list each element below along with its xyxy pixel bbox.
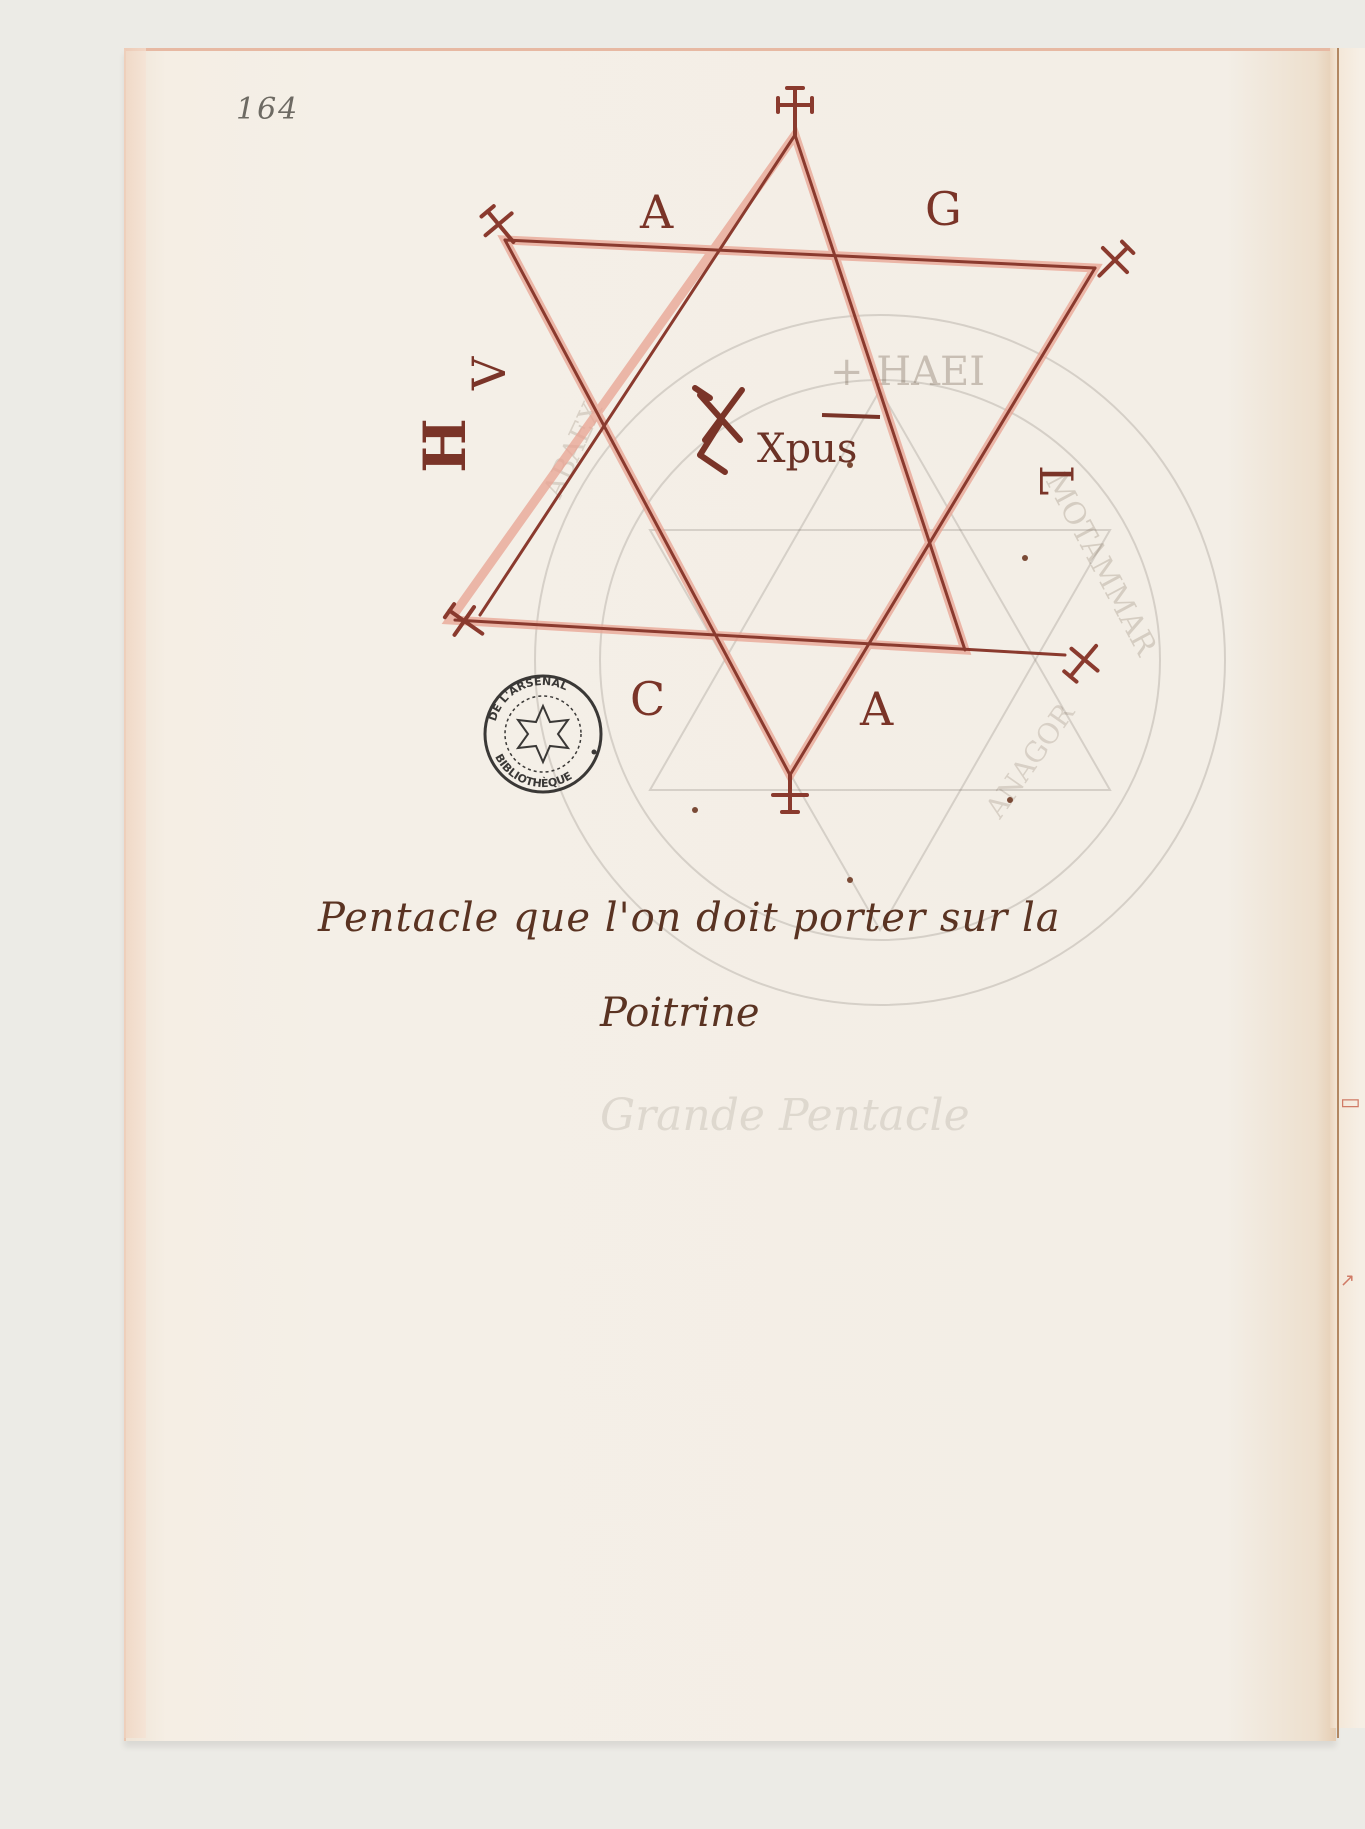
star-line — [455, 620, 1065, 655]
letter-left-upper: V — [462, 356, 516, 391]
letter-top-right: G — [925, 182, 962, 236]
cross-icon-top — [778, 88, 812, 135]
star-line — [790, 268, 1095, 775]
letter-left-lower: H — [411, 418, 479, 473]
cross-icon-bottom — [773, 775, 807, 812]
library-stamp: DE L'ARSENAL BIBLIOTHÈQUE — [472, 672, 614, 796]
star-line — [505, 240, 1095, 268]
star-icon — [518, 706, 568, 762]
letter-bottom-right: A — [859, 682, 894, 736]
cross-icon-top-right — [1087, 235, 1139, 287]
letter-bottom-left: C — [630, 672, 665, 726]
chi-rho-icon — [695, 388, 742, 472]
letter-top-left: A — [639, 185, 674, 239]
caption-line-2: Poitrine — [600, 990, 760, 1036]
cross-icon-right — [1057, 635, 1109, 687]
svg-text:BIBLIOTHÈQUE: BIBLIOTHÈQUE — [492, 752, 574, 790]
abbreviation-bar — [822, 415, 880, 417]
letter-right: L — [1029, 465, 1083, 496]
center-text: Xpus — [757, 426, 857, 472]
star-line — [480, 135, 795, 615]
caption-line-1: Pentacle que l'on doit porter sur la — [318, 895, 1061, 941]
